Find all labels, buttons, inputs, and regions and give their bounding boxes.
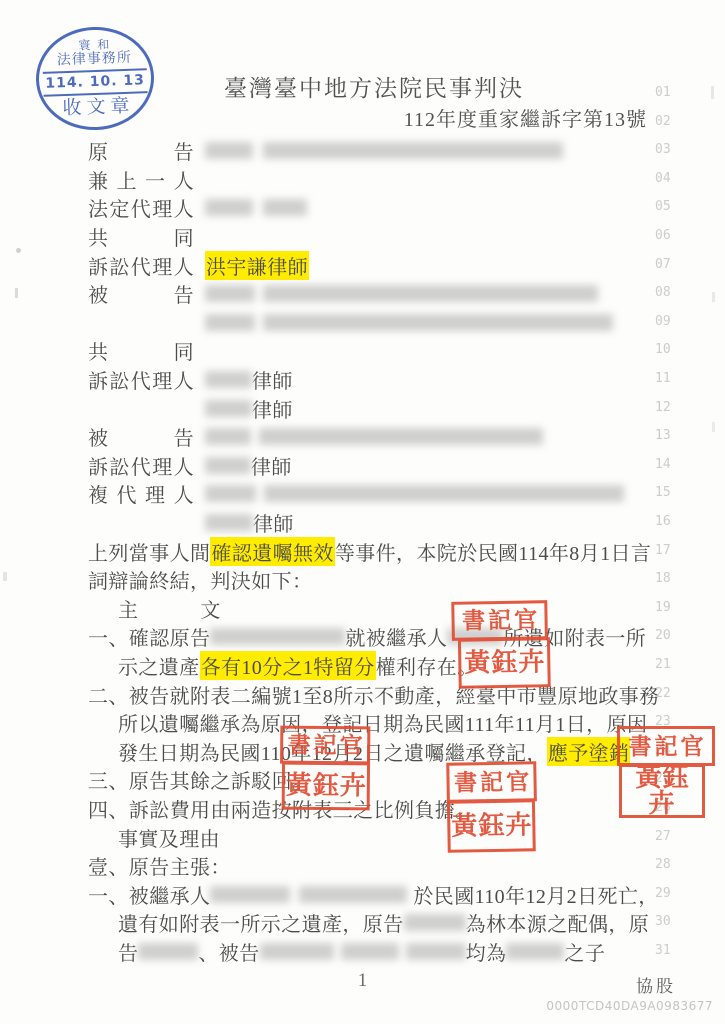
redaction-blur bbox=[406, 943, 466, 960]
receipt-label: 收文章 bbox=[57, 95, 135, 120]
line-number: 12 bbox=[655, 400, 681, 415]
redaction-blur bbox=[263, 314, 613, 331]
clerk-stamp: 書記官 黃鈺卉 bbox=[280, 726, 371, 811]
body-text: 就被繼承人 bbox=[345, 622, 447, 651]
clerk-stamp-role: 書記官 bbox=[617, 726, 715, 766]
document-line: 詞辯論終結，判決如下： bbox=[88, 566, 312, 593]
party-label: 訴訟代理人 bbox=[88, 365, 194, 394]
document-line: 兼上一人 bbox=[88, 166, 205, 193]
body-text: 主 bbox=[118, 594, 138, 623]
redaction-blur bbox=[205, 199, 253, 216]
redaction-blur bbox=[205, 400, 252, 417]
spacer bbox=[251, 436, 259, 437]
line-number: 28 bbox=[655, 857, 681, 872]
party-label: 共同 bbox=[88, 336, 194, 365]
document-line: 告、被告均為之子 bbox=[88, 938, 605, 965]
document-line: 訴訟代理人洪宇謙律師 bbox=[88, 252, 309, 279]
line-number: 27 bbox=[655, 829, 681, 844]
document-line: 二、被告就附表二編號1至8所示不動產，經臺中市豐原地政事務 bbox=[88, 681, 660, 708]
line-number: 04 bbox=[655, 171, 681, 186]
body-text: 律師 bbox=[252, 394, 293, 423]
line-number: 14 bbox=[655, 457, 681, 472]
body-text: 於民國110年12月2日死亡， bbox=[413, 880, 658, 909]
spacer bbox=[334, 951, 341, 952]
line-number: 11 bbox=[655, 371, 681, 386]
body-text: 所以遺囑繼承為原因，登記日期為民國111年11月1日，原因 bbox=[118, 708, 647, 737]
party-label: 訴訟代理人 bbox=[88, 251, 194, 280]
redaction-blur bbox=[263, 199, 307, 216]
scan-artifact bbox=[16, 248, 21, 253]
line-number: 05 bbox=[655, 199, 681, 214]
redaction-blur bbox=[205, 514, 253, 531]
scan-artifact bbox=[712, 292, 715, 302]
spacer bbox=[253, 207, 263, 208]
line-number: 06 bbox=[655, 228, 681, 243]
document-line: 遺有如附表一所示之遺產，原告為林本源之配偶，原 bbox=[88, 909, 649, 936]
body-text: 律師 bbox=[253, 508, 294, 537]
body-text: 詞辯論終結，判決如下： bbox=[88, 565, 312, 594]
body-text: 一、確認原告 bbox=[88, 622, 210, 651]
document-line: 共同 bbox=[88, 337, 205, 364]
party-label: 原告 bbox=[88, 136, 194, 165]
body-text: 一、被繼承人 bbox=[88, 880, 210, 909]
spacer bbox=[138, 608, 200, 609]
division-label: 協股 bbox=[636, 972, 676, 997]
highlighted-text: 確認遺囑無效 bbox=[210, 537, 334, 566]
line-number: 03 bbox=[655, 142, 681, 157]
redaction-blur bbox=[205, 314, 255, 331]
line-number: 22 bbox=[655, 686, 681, 701]
body-text: 壹、原告主張： bbox=[88, 851, 231, 880]
body-text: 遺有如附表一所示之遺產，原告 bbox=[118, 908, 404, 937]
party-label: 兼上一人 bbox=[88, 165, 194, 194]
document-line: 上列當事人間確認遺囑無效等事件，本院於民國114年8月1日言 bbox=[88, 538, 651, 565]
redaction-blur bbox=[205, 485, 256, 502]
line-number: 17 bbox=[655, 543, 681, 558]
line-number: 10 bbox=[655, 342, 681, 357]
document-line: 原告 bbox=[88, 137, 563, 164]
document-line: 事實及理由 bbox=[88, 824, 220, 851]
body-text: 律師 bbox=[251, 451, 292, 480]
document-line: 訴訟代理人律師 bbox=[88, 366, 293, 393]
clerk-stamp: 書記官 黃鈺卉 bbox=[617, 726, 715, 818]
redaction-blur bbox=[210, 886, 290, 903]
clerk-stamp: 書記官 黃鈺卉 bbox=[446, 761, 538, 853]
line-number: 20 bbox=[655, 628, 681, 643]
clerk-stamp-role: 書記官 bbox=[446, 761, 537, 803]
scanned-judgment-page: 寰和 法律事務所 114. 10. 13 收文章 臺灣臺中地方法院民事判決 11… bbox=[0, 0, 725, 1024]
document-line: 複代理人 bbox=[88, 480, 624, 507]
line-number: 31 bbox=[655, 943, 681, 958]
line-number: 21 bbox=[655, 657, 681, 672]
clerk-stamp-role: 書記官 bbox=[451, 600, 548, 641]
line-number: 30 bbox=[655, 914, 681, 929]
line-number: 08 bbox=[655, 285, 681, 300]
document-line: 共同 bbox=[88, 223, 205, 250]
redaction-blur bbox=[259, 428, 543, 445]
body-text: 告 bbox=[118, 937, 138, 966]
redaction-blur bbox=[205, 371, 252, 388]
court-title: 臺灣臺中地方法院民事判決 bbox=[224, 70, 524, 103]
document-line: 律師 bbox=[88, 509, 294, 536]
redaction-blur bbox=[341, 943, 399, 960]
line-number: 29 bbox=[655, 886, 681, 901]
line-number: 19 bbox=[655, 600, 681, 615]
redaction-blur bbox=[205, 142, 253, 159]
party-label: 訴訟代理人 bbox=[88, 451, 194, 480]
highlighted-text: 洪宇謙律師 bbox=[205, 251, 309, 280]
redaction-blur bbox=[404, 914, 466, 931]
line-number: 02 bbox=[655, 114, 681, 129]
body-text: 二、被告就附表二編號1至8所示不動產，經臺中市豐原地政事務 bbox=[88, 680, 660, 709]
redaction-blur bbox=[205, 428, 251, 445]
scan-artifact bbox=[712, 422, 715, 432]
spacer bbox=[290, 894, 299, 895]
redaction-blur bbox=[263, 142, 563, 159]
clerk-stamp: 書記官 黃鈺卉 bbox=[451, 600, 551, 689]
document-line: 主文 bbox=[88, 595, 221, 622]
body-text: 上列當事人間 bbox=[88, 537, 210, 566]
body-text: 律師 bbox=[252, 365, 293, 394]
line-number: 07 bbox=[655, 257, 681, 272]
clerk-stamp-name: 黃鈺卉 bbox=[458, 637, 551, 689]
line-number: 15 bbox=[655, 485, 681, 500]
document-line: 一、被繼承人於民國110年12月2日死亡， bbox=[88, 881, 659, 908]
clerk-stamp-name: 黃鈺卉 bbox=[619, 764, 705, 818]
document-line: 訴訟代理人律師 bbox=[88, 452, 292, 479]
party-label: 法定代理人 bbox=[88, 193, 194, 222]
body-text: 三、原告其餘之訴駁回。 bbox=[88, 765, 312, 794]
clerk-stamp-role: 書記官 bbox=[280, 726, 370, 765]
body-text: 事實及理由 bbox=[118, 823, 220, 852]
line-number: 18 bbox=[655, 571, 681, 586]
document-line: 被告 bbox=[88, 423, 543, 450]
redaction-blur bbox=[138, 943, 198, 960]
case-number: 112年度重家繼訴字第13號 bbox=[404, 103, 647, 132]
party-label: 共同 bbox=[88, 222, 194, 251]
doc-code: 0000TCD40DA9A0983677 bbox=[546, 999, 713, 1013]
receipt-date: 114. 10. 13 bbox=[43, 68, 147, 97]
spacer bbox=[399, 951, 406, 952]
line-number: 09 bbox=[655, 314, 681, 329]
spacer bbox=[255, 322, 263, 323]
document-line: 壹、原告主張： bbox=[88, 852, 231, 879]
document-line: 法定代理人 bbox=[88, 194, 307, 221]
party-label: 複代理人 bbox=[88, 479, 194, 508]
clerk-stamp-name: 黃鈺卉 bbox=[447, 799, 536, 853]
firm-name-bottom: 法律事務所 bbox=[57, 50, 133, 69]
body-text: 等事件，本院於民國114年8月1日言 bbox=[335, 537, 651, 566]
line-number: 13 bbox=[655, 428, 681, 443]
body-text: 為林本源之配偶，原 bbox=[466, 908, 650, 937]
line-number: 01 bbox=[655, 85, 681, 100]
document-line: 一、確認原告就被繼承人所遺如附表一所 bbox=[88, 623, 646, 650]
body-text: 、被告 bbox=[198, 937, 259, 966]
body-text: 之子 bbox=[564, 937, 605, 966]
party-label: 被告 bbox=[88, 422, 194, 451]
receipt-stamp: 寰和 法律事務所 114. 10. 13 收文章 bbox=[34, 25, 156, 132]
body-text: 文 bbox=[200, 594, 220, 623]
body-text: 示之遺產 bbox=[118, 651, 200, 680]
document-line: 示之遺產各有10分之1特留分權利存在。 bbox=[88, 652, 478, 679]
body-text: 均為 bbox=[466, 937, 507, 966]
redaction-blur bbox=[205, 457, 251, 474]
document-line: 三、原告其餘之訴駁回。 bbox=[88, 766, 312, 793]
highlighted-text: 各有10分之1特留分 bbox=[200, 651, 376, 680]
redaction-blur bbox=[264, 485, 624, 502]
party-label: 被告 bbox=[88, 279, 194, 308]
redaction-blur bbox=[205, 285, 255, 302]
line-number: 16 bbox=[655, 514, 681, 529]
scan-artifact bbox=[15, 288, 18, 298]
page-number: 1 bbox=[0, 970, 725, 992]
document-line bbox=[88, 309, 613, 336]
spacer bbox=[256, 493, 264, 494]
redaction-blur bbox=[263, 285, 598, 302]
document-line: 被告 bbox=[88, 280, 598, 307]
spacer bbox=[255, 293, 263, 294]
redaction-blur bbox=[299, 886, 407, 903]
redaction-blur bbox=[506, 943, 564, 960]
spacer bbox=[253, 150, 263, 151]
redaction-blur bbox=[210, 628, 345, 645]
clerk-stamp-name: 黃鈺卉 bbox=[282, 762, 370, 811]
scan-artifact bbox=[711, 86, 714, 99]
document-line: 律師 bbox=[88, 395, 293, 422]
redaction-blur bbox=[260, 943, 334, 960]
scan-artifact bbox=[3, 572, 7, 581]
